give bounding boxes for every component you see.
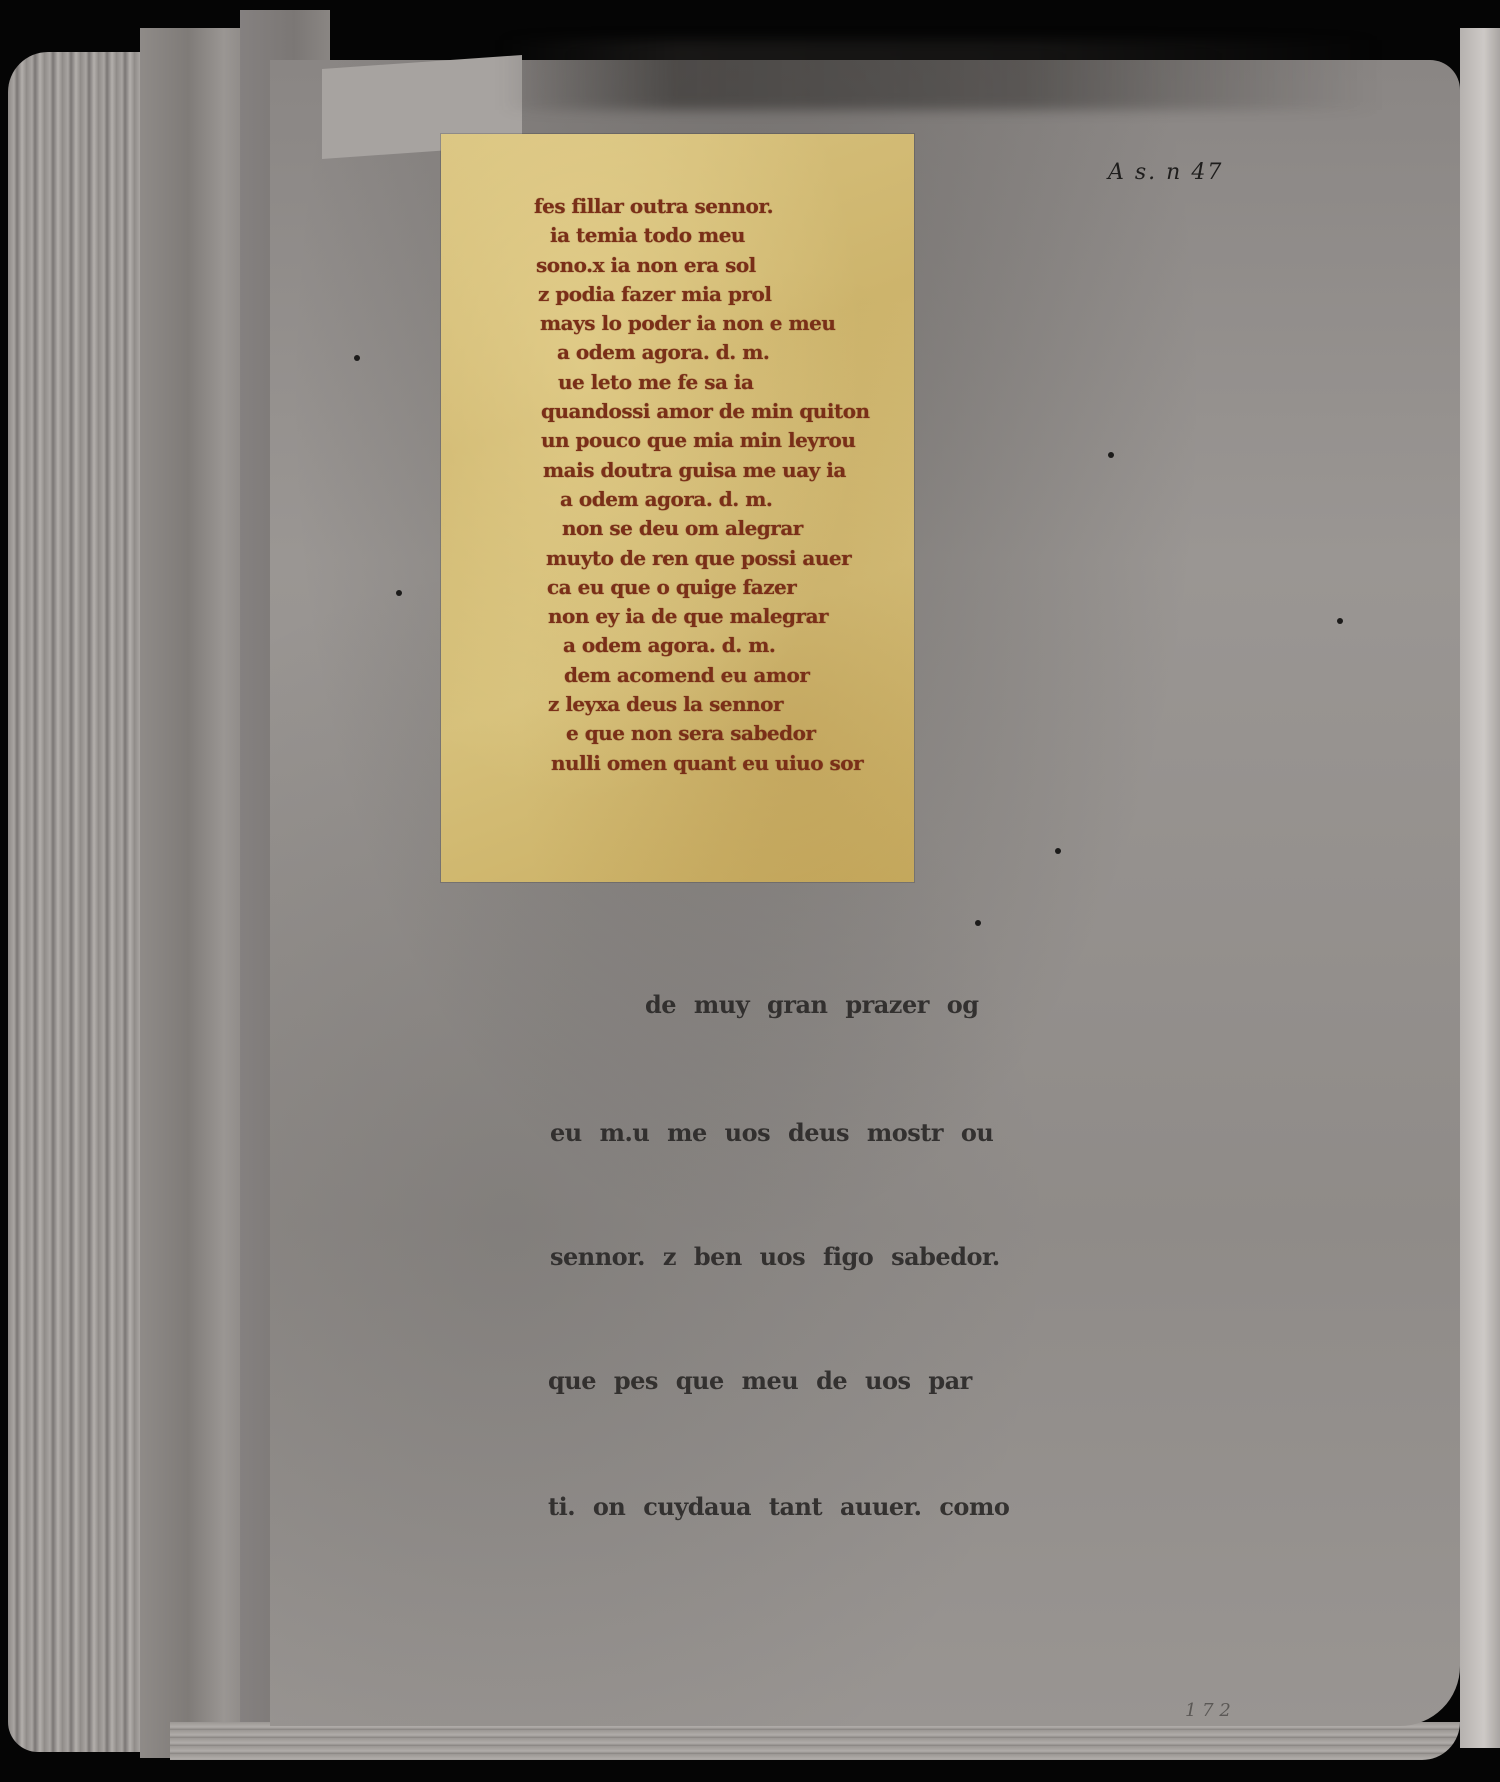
- fragment-line: non ey ia de que malegrar: [548, 602, 914, 631]
- main-text-line: ti. on cuydaua tant auuer. como: [548, 1492, 1009, 1521]
- next-page-edge: [1460, 28, 1500, 1748]
- prick-hole: [1055, 848, 1061, 854]
- fragment-line: non se deu om alegrar: [562, 514, 914, 543]
- fragment-line: z leyxa deus la sennor: [548, 690, 914, 719]
- coloured-fragment-inset: fes fillar outra sennor. ia temia todo m…: [441, 134, 914, 882]
- fragment-line: a odem agora. d. m.: [557, 338, 914, 367]
- fragment-line: ue leto me fe sa ia: [558, 368, 914, 397]
- fragment-line: ca eu que o quige fazer: [547, 573, 914, 602]
- fragment-line: mais doutra guisa me uay ia: [543, 456, 914, 485]
- fragment-line: ia temia todo meu: [550, 221, 914, 250]
- prick-hole: [1108, 452, 1114, 458]
- fragment-line: a odem agora. d. m.: [563, 631, 914, 660]
- fragment-line: nulli omen quant eu uiuo sor: [551, 749, 914, 778]
- shelfmark-annotation: A s. n 47: [1108, 160, 1223, 185]
- fragment-line: mays lo poder ia non e meu: [540, 309, 914, 338]
- foliation-number: 1 7 2: [1185, 1700, 1231, 1721]
- prick-hole: [975, 920, 981, 926]
- main-text-line: de muy gran prazer og: [645, 990, 979, 1019]
- fragment-line: z podia fazer mia prol: [538, 280, 914, 309]
- closed-leaves-fore-edge: [8, 52, 158, 1752]
- fragment-line: quandossi amor de min quiton: [541, 397, 914, 426]
- main-text-line: sennor. z ben uos figo sabedor.: [550, 1242, 1000, 1271]
- fragment-line: a odem agora. d. m.: [560, 485, 914, 514]
- fragment-line: e que non sera sabedor: [566, 719, 914, 748]
- main-text-line: eu m.u me uos deus mostr ou: [550, 1118, 993, 1147]
- fragment-line: muyto de ren que possi auer: [546, 544, 914, 573]
- main-text-line: que pes que meu de uos par: [548, 1366, 972, 1395]
- fragment-line: un pouco que mia min leyrou: [541, 426, 914, 455]
- prick-hole: [1337, 618, 1343, 624]
- fragment-line: dem acomend eu amor: [564, 661, 914, 690]
- fragment-line: sono.x ia non era sol: [536, 251, 914, 280]
- folio-top-stain: [500, 40, 1380, 110]
- fragment-text-block: fes fillar outra sennor. ia temia todo m…: [441, 192, 914, 778]
- prick-hole: [396, 590, 402, 596]
- fragment-line: fes fillar outra sennor.: [534, 192, 914, 221]
- prick-hole: [354, 355, 360, 361]
- book-bottom-edge: [170, 1722, 1460, 1760]
